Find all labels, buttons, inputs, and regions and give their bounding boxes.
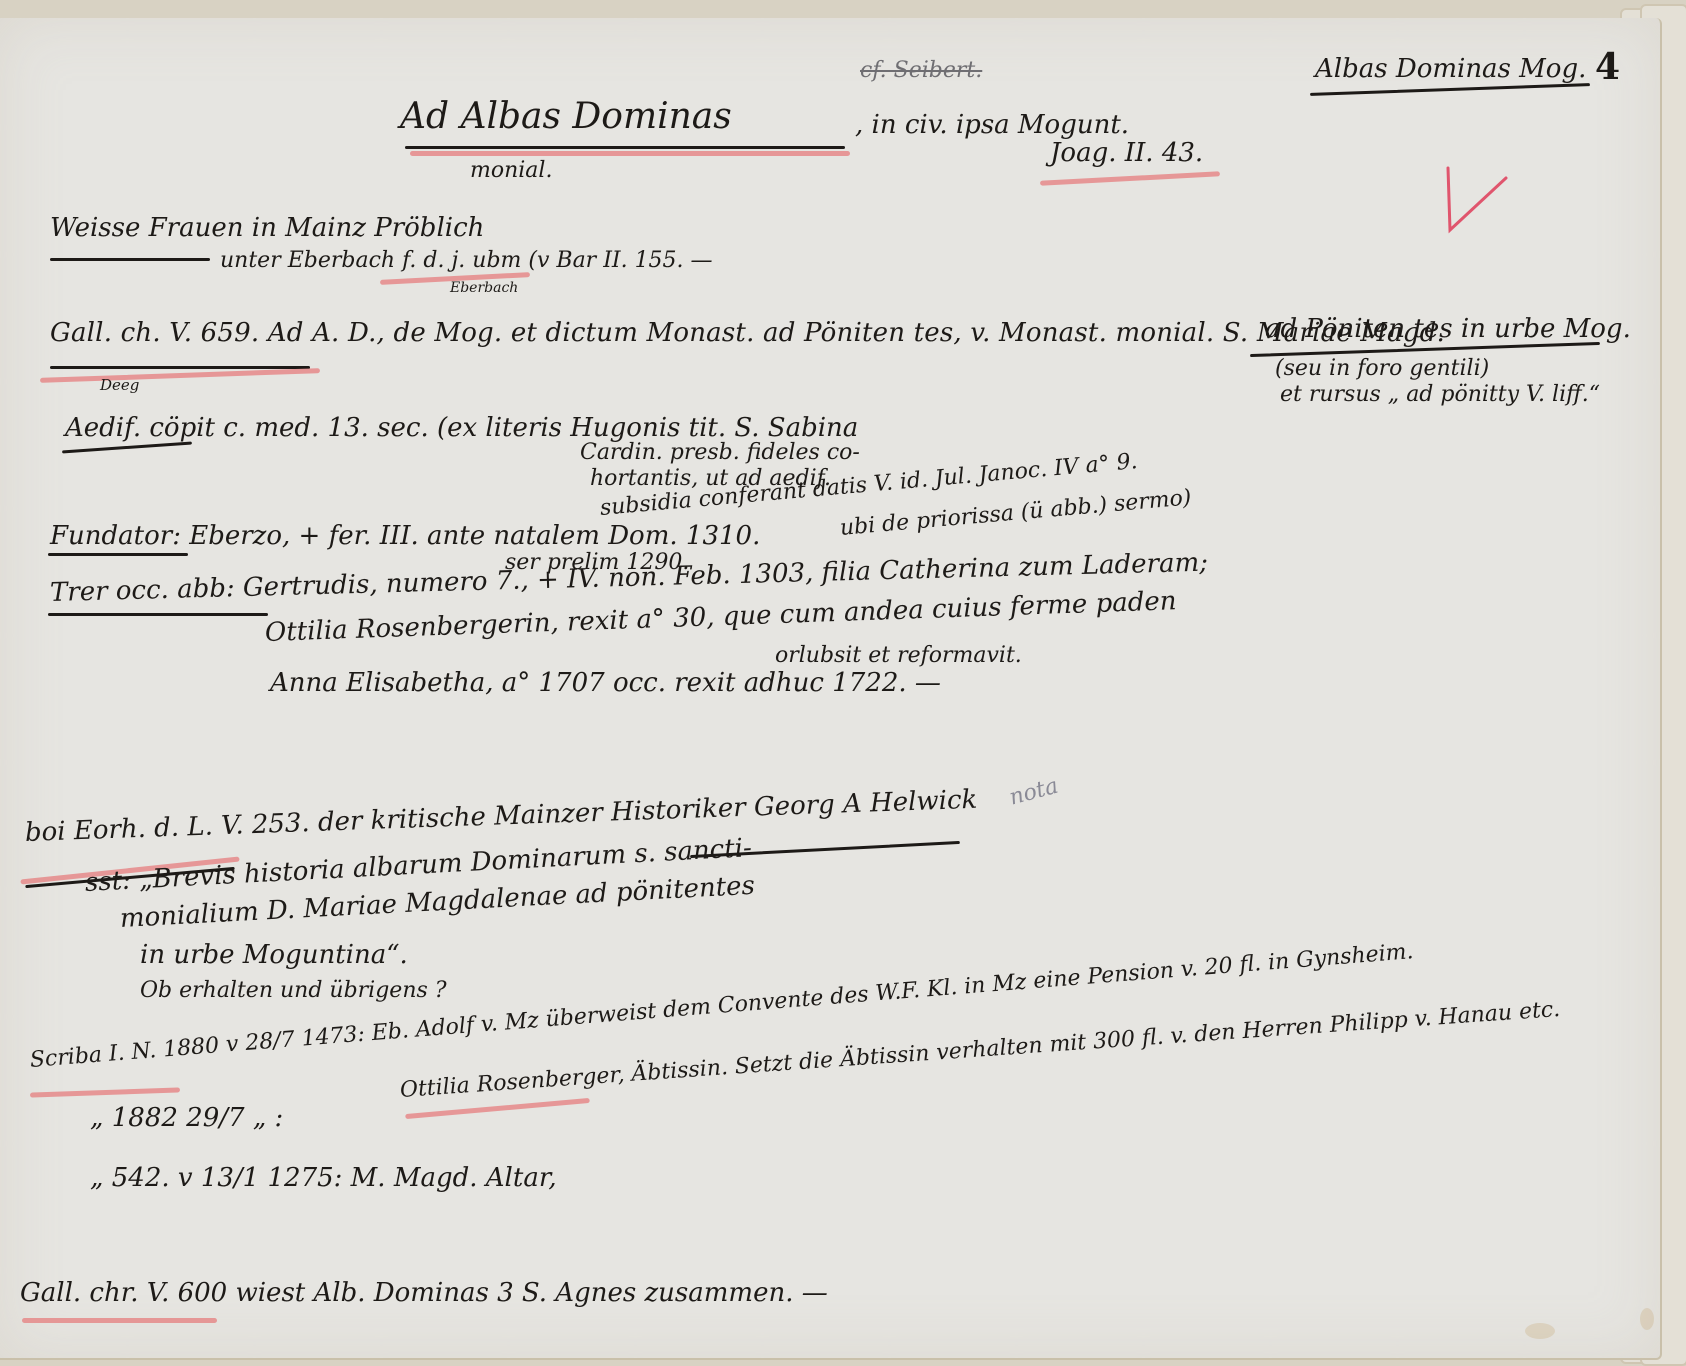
top-right-underline — [1310, 83, 1590, 96]
entry-weisse-frauen-line3: Eberbach — [450, 280, 518, 296]
title-continuation: , in civ. ipsa Mogunt. — [855, 110, 1129, 140]
page-title: Ad Albas Dominas — [400, 96, 732, 137]
entry-aedif-line2: Cardin. presb. fideles co- — [580, 440, 860, 465]
underline — [50, 258, 210, 261]
entry-gall-ch-line3: ad Pöniten tes in urbe Mog. — [1265, 314, 1631, 344]
paper-stain — [1525, 1323, 1555, 1339]
entry-gall-ch-line4: (seu in foro gentili) — [1275, 356, 1489, 381]
entry-helwick-line4: in urbe Moguntina“. — [140, 940, 408, 970]
manuscript-page: cf. Seibert. Ad Albas Dominas , in civ. … — [0, 18, 1662, 1360]
reference-red-underline — [1040, 171, 1220, 185]
underline — [48, 613, 268, 616]
entry-scriba-line3: „ 1882 29/7 „ : — [90, 1103, 283, 1133]
red-underline — [22, 1318, 217, 1323]
entry-helwick-line5: Ob erhalten und übrigens ? — [140, 978, 447, 1003]
entry-gall-ch-line2: Deeg — [100, 376, 139, 394]
red-underline — [40, 368, 320, 383]
below-title-note: monial. — [470, 158, 552, 183]
entry-scriba-line4: „ 542. v 13/1 1275: M. Magd. Altar, — [90, 1163, 557, 1193]
red-underline — [30, 1087, 180, 1097]
entry-gall-ch-line1: Gall. ch. V. 659. Ad A. D., de Mog. et d… — [50, 318, 1445, 348]
top-right-label: Albas Dominas Mog. — [1315, 54, 1586, 84]
entry-weisse-frauen-line2: unter Eberbach f. d. j. ubm (v Bar II. 1… — [220, 248, 713, 273]
pencil-note: nota — [1007, 774, 1061, 811]
title-red-underline — [410, 151, 850, 156]
struck-note: cf. Seibert. — [860, 58, 982, 83]
underline — [48, 553, 188, 556]
entry-aedif-line1: Aedif. cöpit c. med. 13. sec. (ex literi… — [65, 413, 858, 443]
entry-abbesses-line4: Anna Elisabetha, a° 1707 occ. rexit adhu… — [270, 668, 941, 698]
paper-stain — [1640, 1308, 1654, 1330]
underline — [50, 366, 310, 369]
title-underline — [405, 146, 845, 149]
underline — [62, 441, 192, 453]
entry-gall-ch-line5: et rursus „ ad pönitty V. liff.“ — [1280, 382, 1600, 407]
entry-helwick-line1: boi Eorh. d. L. V. 253. der kritische Ma… — [24, 785, 977, 848]
entry-fundator-line1: Fundator: Eberzo, + fer. III. ante natal… — [50, 521, 760, 551]
entry-abbesses-line3: orlubsit et reformavit. — [775, 643, 1022, 668]
check-mark-icon — [1440, 158, 1510, 238]
red-underline — [405, 1098, 590, 1119]
header-reference: Joag. II. 43. — [1050, 138, 1203, 168]
entry-gall-chr-footer: Gall. chr. V. 600 wiest Alb. Dominas 3 S… — [20, 1278, 828, 1308]
entry-weisse-frauen-line1: Weisse Frauen in Mainz Pröblich — [50, 213, 484, 243]
book-page-stack: cf. Seibert. Ad Albas Dominas , in civ. … — [0, 0, 1686, 1366]
page-number: 4 — [1595, 46, 1620, 88]
